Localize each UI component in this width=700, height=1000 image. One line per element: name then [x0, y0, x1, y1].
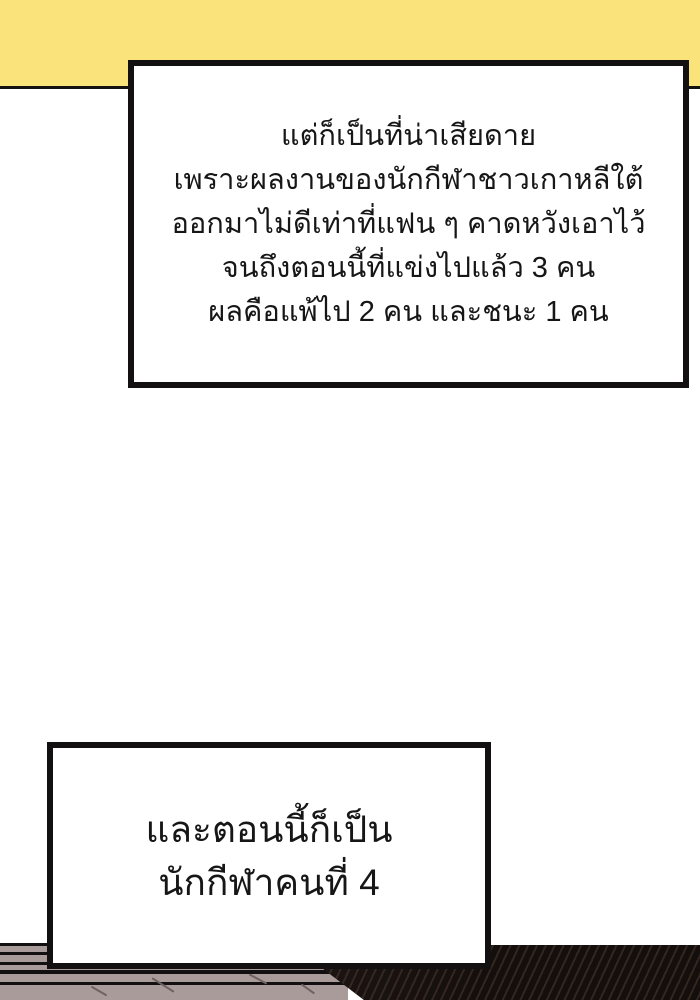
narration-box: แต่ก็เป็นที่น่าเสียดาย เพราะผลงานของนักก… [128, 60, 689, 388]
comic-panel-page: แต่ก็เป็นที่น่าเสียดาย เพราะผลงานของนักก… [0, 0, 700, 1000]
narration-line: แต่ก็เป็นที่น่าเสียดาย [281, 114, 536, 158]
floor-strip-bottom [0, 968, 348, 1000]
narration-line: จนถึงตอนนี้ที่แข่งไปแล้ว 3 คน [222, 246, 595, 290]
caption-box: และตอนนี้ก็เป็น นักกีฬาคนที่ 4 [47, 742, 491, 969]
narration-line: เพราะผลงานของนักกีฬาชาวเกาหลีใต้ [174, 158, 644, 202]
narration-line: ผลคือแพ้ไป 2 คน และชนะ 1 คน [208, 290, 609, 334]
narration-line: ออกมาไม่ดีเท่าที่แฟน ๆ คาดหวังเอาไว้ [171, 202, 645, 246]
caption-line: และตอนนี้ก็เป็น [145, 803, 392, 856]
caption-line: นักกีฬาคนที่ 4 [158, 856, 379, 909]
